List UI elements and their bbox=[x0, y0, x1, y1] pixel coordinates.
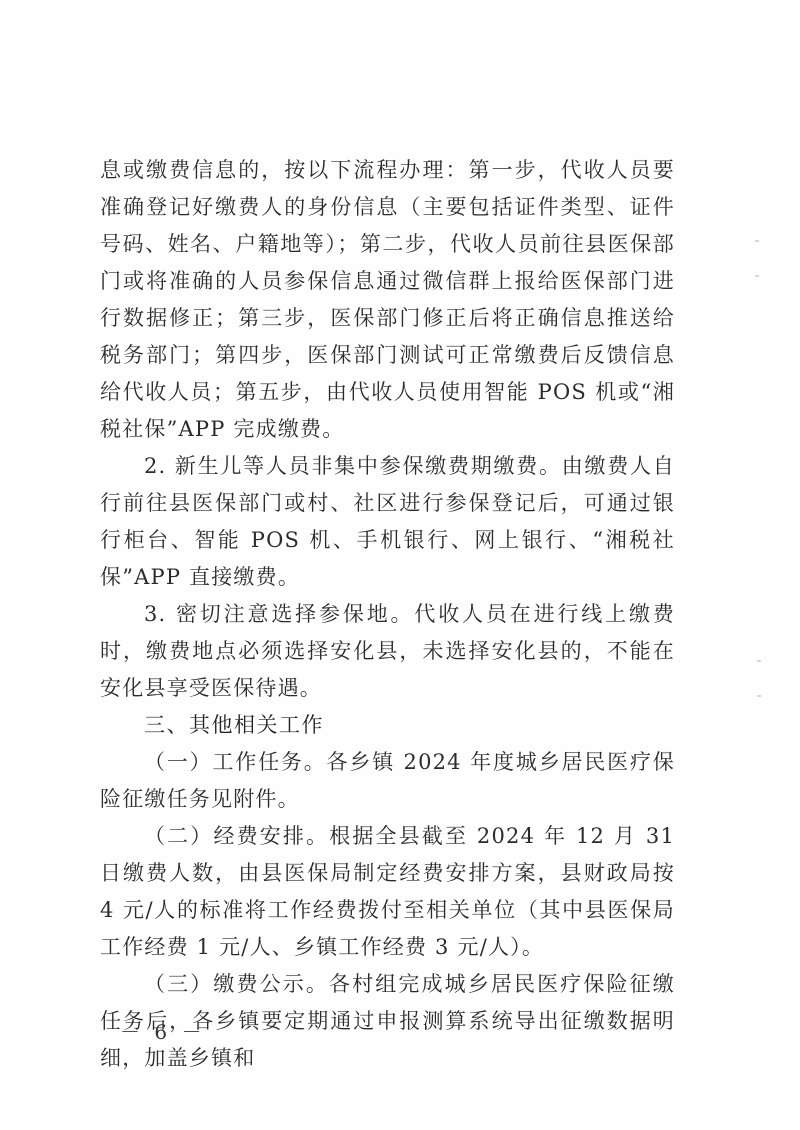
scan-speck bbox=[755, 240, 759, 242]
body-text: 息或缴费信息的，按以下流程办理：第一步，代收人员要准确登记好缴费人的身份信息（主… bbox=[100, 152, 675, 1077]
paragraph-work-tasks: （一）工作任务。各乡镇 2024 年度城乡居民医疗保险征缴任务见附件。 bbox=[100, 744, 675, 818]
section-heading-other-work: 三、其他相关工作 bbox=[100, 707, 675, 744]
paragraph-item-3-insurance-location: 3. 密切注意选择参保地。代收人员在进行线上缴费时，缴费地点必须选择安化县，未选… bbox=[100, 596, 675, 707]
scan-speck bbox=[757, 695, 761, 697]
scan-speck bbox=[755, 275, 759, 277]
paragraph-item-2-newborn-payment: 2. 新生儿等人员非集中参保缴费期缴费。由缴费人自行前往县医保部门或村、社区进行… bbox=[100, 448, 675, 596]
page-number: － 6 － bbox=[120, 1016, 205, 1045]
document-page: 息或缴费信息的，按以下流程办理：第一步，代收人员要准确登记好缴费人的身份信息（主… bbox=[0, 0, 800, 1130]
paragraph-funding-arrangement: （二）经费安排。根据全县截至 2024 年 12 月 31 日缴费人数，由县医保… bbox=[100, 818, 675, 966]
scan-speck bbox=[757, 660, 761, 662]
paragraph-payment-procedure-continuation: 息或缴费信息的，按以下流程办理：第一步，代收人员要准确登记好缴费人的身份信息（主… bbox=[100, 152, 675, 448]
